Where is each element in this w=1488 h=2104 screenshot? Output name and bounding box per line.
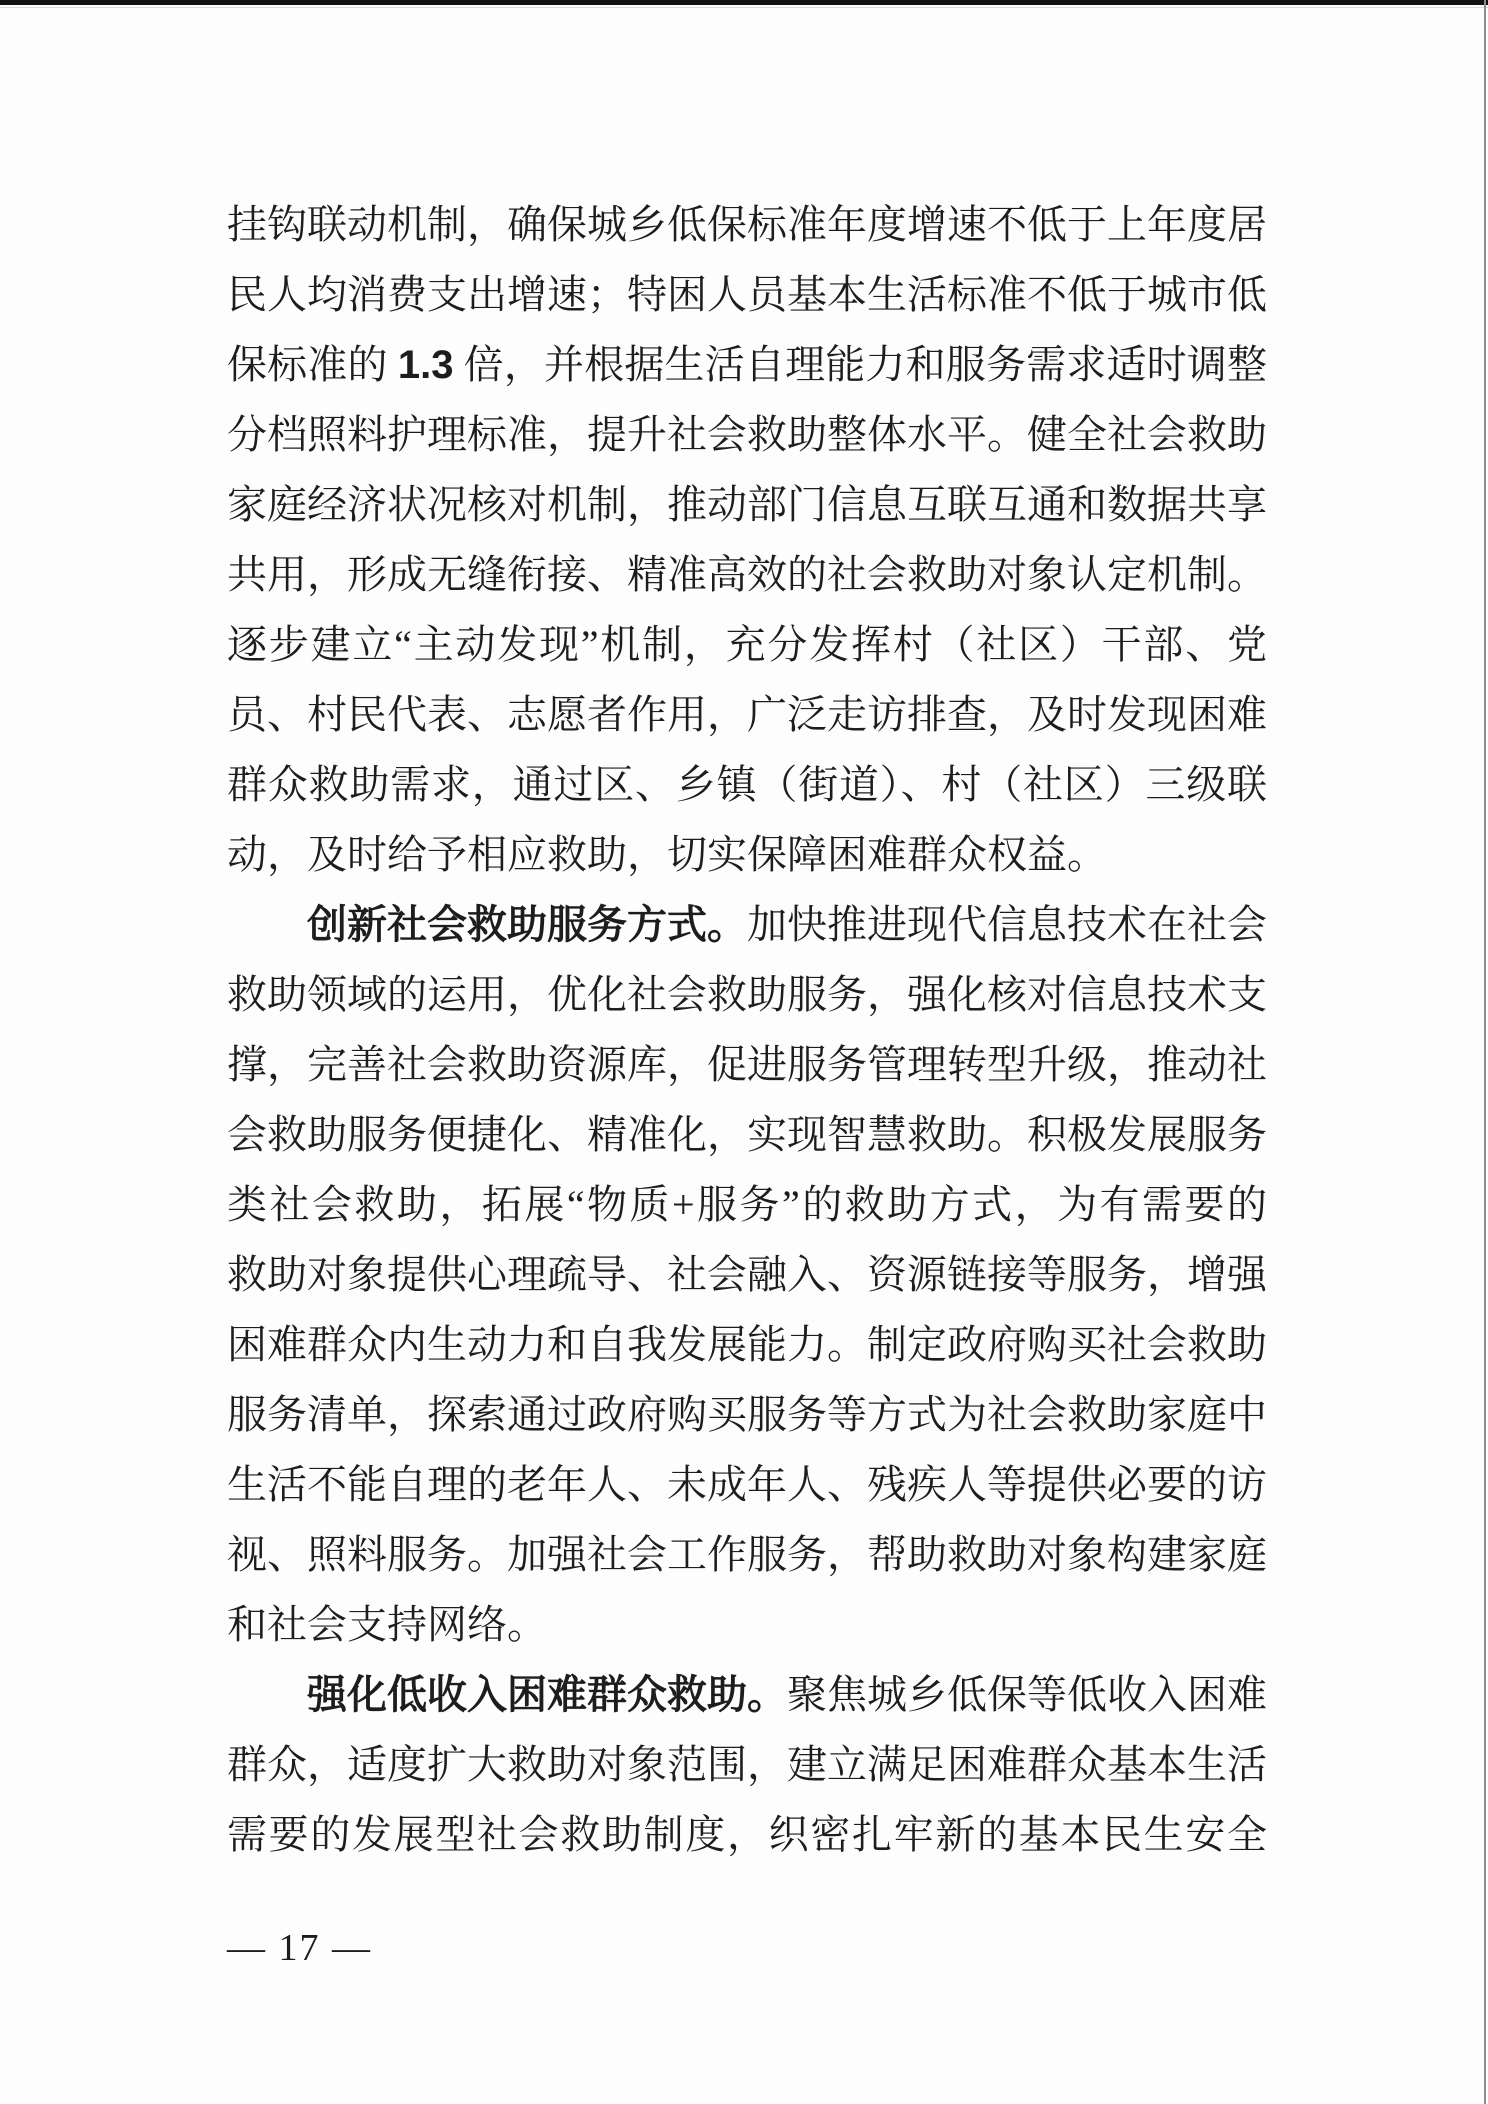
scan-top-hairline [0,7,1488,8]
text-run: 和社会支持网络。 [227,1602,547,1647]
text-run: 倍，并根据生活自理能力和服务需求适时调整 [454,342,1268,387]
text-line: 类社会救助，拓展“物质+服务”的救助方式，为有需要的 [227,1170,1267,1240]
text-run: 群众救助需求，通过区、乡镇（街道）、村（社区）三级联 [227,762,1267,807]
text-line: 会救助服务便捷化、精准化，实现智慧救助。积极发展服务 [227,1100,1267,1170]
text-line: 家庭经济状况核对机制，推动部门信息互联互通和数据共享 [227,470,1267,540]
text-run: 救助领域的运用，优化社会救助服务，强化核对信息技术支 [227,972,1267,1017]
scan-right-edge [1484,0,1486,2104]
text-line: 创新社会救助服务方式。加快推进现代信息技术在社会 [227,890,1267,960]
text-run: 逐步建立“主动发现”机制，充分发挥村（社区）干部、党 [227,622,1267,667]
text-line: 需要的发展型社会救助制度，织密扎牢新的基本民生安全 [227,1800,1267,1870]
text-run: 撑，完善社会救助资源库，促进服务管理转型升级，推动社 [227,1042,1267,1087]
scan-top-edge [0,0,1488,5]
text-line: 视、照料服务。加强社会工作服务，帮助救助对象构建家庭 [227,1520,1267,1590]
text-run: 挂钩联动机制，确保城乡低保标准年度增速不低于上年度居 [227,202,1267,247]
page-number-label: — 17 — [227,1927,372,1969]
text-line: 民人均消费支出增速；特困人员基本生活标准不低于城市低 [227,260,1267,330]
text-run: 视、照料服务。加强社会工作服务，帮助救助对象构建家庭 [227,1532,1267,1577]
text-line: 救助对象提供心理疏导、社会融入、资源链接等服务，增强 [227,1240,1267,1310]
text-run: 加快推进现代信息技术在社会 [747,902,1267,947]
text-run: 员、村民代表、志愿者作用，广泛走访排查，及时发现困难 [227,692,1267,737]
body-text: 挂钩联动机制，确保城乡低保标准年度增速不低于上年度居民人均消费支出增速；特困人员… [227,190,1267,1870]
text-run: 共用，形成无缝衔接、精准高效的社会救助对象认定机制。 [227,552,1267,597]
text-run: 需要的发展型社会救助制度，织密扎牢新的基本民生安全 [227,1812,1267,1857]
text-line: 保标准的 1.3 倍，并根据生活自理能力和服务需求适时调整 [227,330,1267,400]
document-page: 挂钩联动机制，确保城乡低保标准年度增速不低于上年度居民人均消费支出增速；特困人员… [0,0,1488,2104]
text-line: 分档照料护理标准，提升社会救助整体水平。健全社会救助 [227,400,1267,470]
page-number: — 17 — [227,1913,372,1983]
text-run: 服务清单，探索通过政府购买服务等方式为社会救助家庭中 [227,1392,1267,1437]
text-run: 救助对象提供心理疏导、社会融入、资源链接等服务，增强 [227,1252,1267,1297]
text-run: 动，及时给予相应救助，切实保障困难群众权益。 [227,832,1107,877]
text-run: 分档照料护理标准，提升社会救助整体水平。健全社会救助 [227,412,1267,457]
text-line: 员、村民代表、志愿者作用，广泛走访排查，及时发现困难 [227,680,1267,750]
text-line: 群众救助需求，通过区、乡镇（街道）、村（社区）三级联 [227,750,1267,820]
text-run: 困难群众内生动力和自我发展能力。制定政府购买社会救助 [227,1322,1267,1367]
text-line: 撑，完善社会救助资源库，促进服务管理转型升级，推动社 [227,1030,1267,1100]
text-run: 家庭经济状况核对机制，推动部门信息互联互通和数据共享 [227,482,1267,527]
text-run: 类社会救助，拓展“物质+服务”的救助方式，为有需要的 [227,1182,1267,1227]
text-line: 和社会支持网络。 [227,1590,1267,1660]
text-run: 聚焦城乡低保等低收入困难 [787,1672,1267,1717]
text-line: 强化低收入困难群众救助。聚焦城乡低保等低收入困难 [227,1660,1267,1730]
heading-run: 强化低收入困难群众救助。 [307,1673,787,1717]
text-run: 群众，适度扩大救助对象范围，建立满足困难群众基本生活 [227,1742,1267,1787]
heading-run: 创新社会救助服务方式。 [307,903,747,947]
text-line: 动，及时给予相应救助，切实保障困难群众权益。 [227,820,1267,890]
text-line: 困难群众内生动力和自我发展能力。制定政府购买社会救助 [227,1310,1267,1380]
text-line: 救助领域的运用，优化社会救助服务，强化核对信息技术支 [227,960,1267,1030]
text-line: 生活不能自理的老年人、未成年人、残疾人等提供必要的访 [227,1450,1267,1520]
text-line: 服务清单，探索通过政府购买服务等方式为社会救助家庭中 [227,1380,1267,1450]
text-line: 群众，适度扩大救助对象范围，建立满足困难群众基本生活 [227,1730,1267,1800]
text-run: 生活不能自理的老年人、未成年人、残疾人等提供必要的访 [227,1462,1267,1507]
text-line: 逐步建立“主动发现”机制，充分发挥村（社区）干部、党 [227,610,1267,680]
text-run: 民人均消费支出增速；特困人员基本生活标准不低于城市低 [227,272,1267,317]
text-line: 挂钩联动机制，确保城乡低保标准年度增速不低于上年度居 [227,190,1267,260]
number-run: 1.3 [398,343,454,387]
text-run: 会救助服务便捷化、精准化，实现智慧救助。积极发展服务 [227,1112,1267,1157]
text-line: 共用，形成无缝衔接、精准高效的社会救助对象认定机制。 [227,540,1267,610]
text-run: 保标准的 [227,342,398,387]
